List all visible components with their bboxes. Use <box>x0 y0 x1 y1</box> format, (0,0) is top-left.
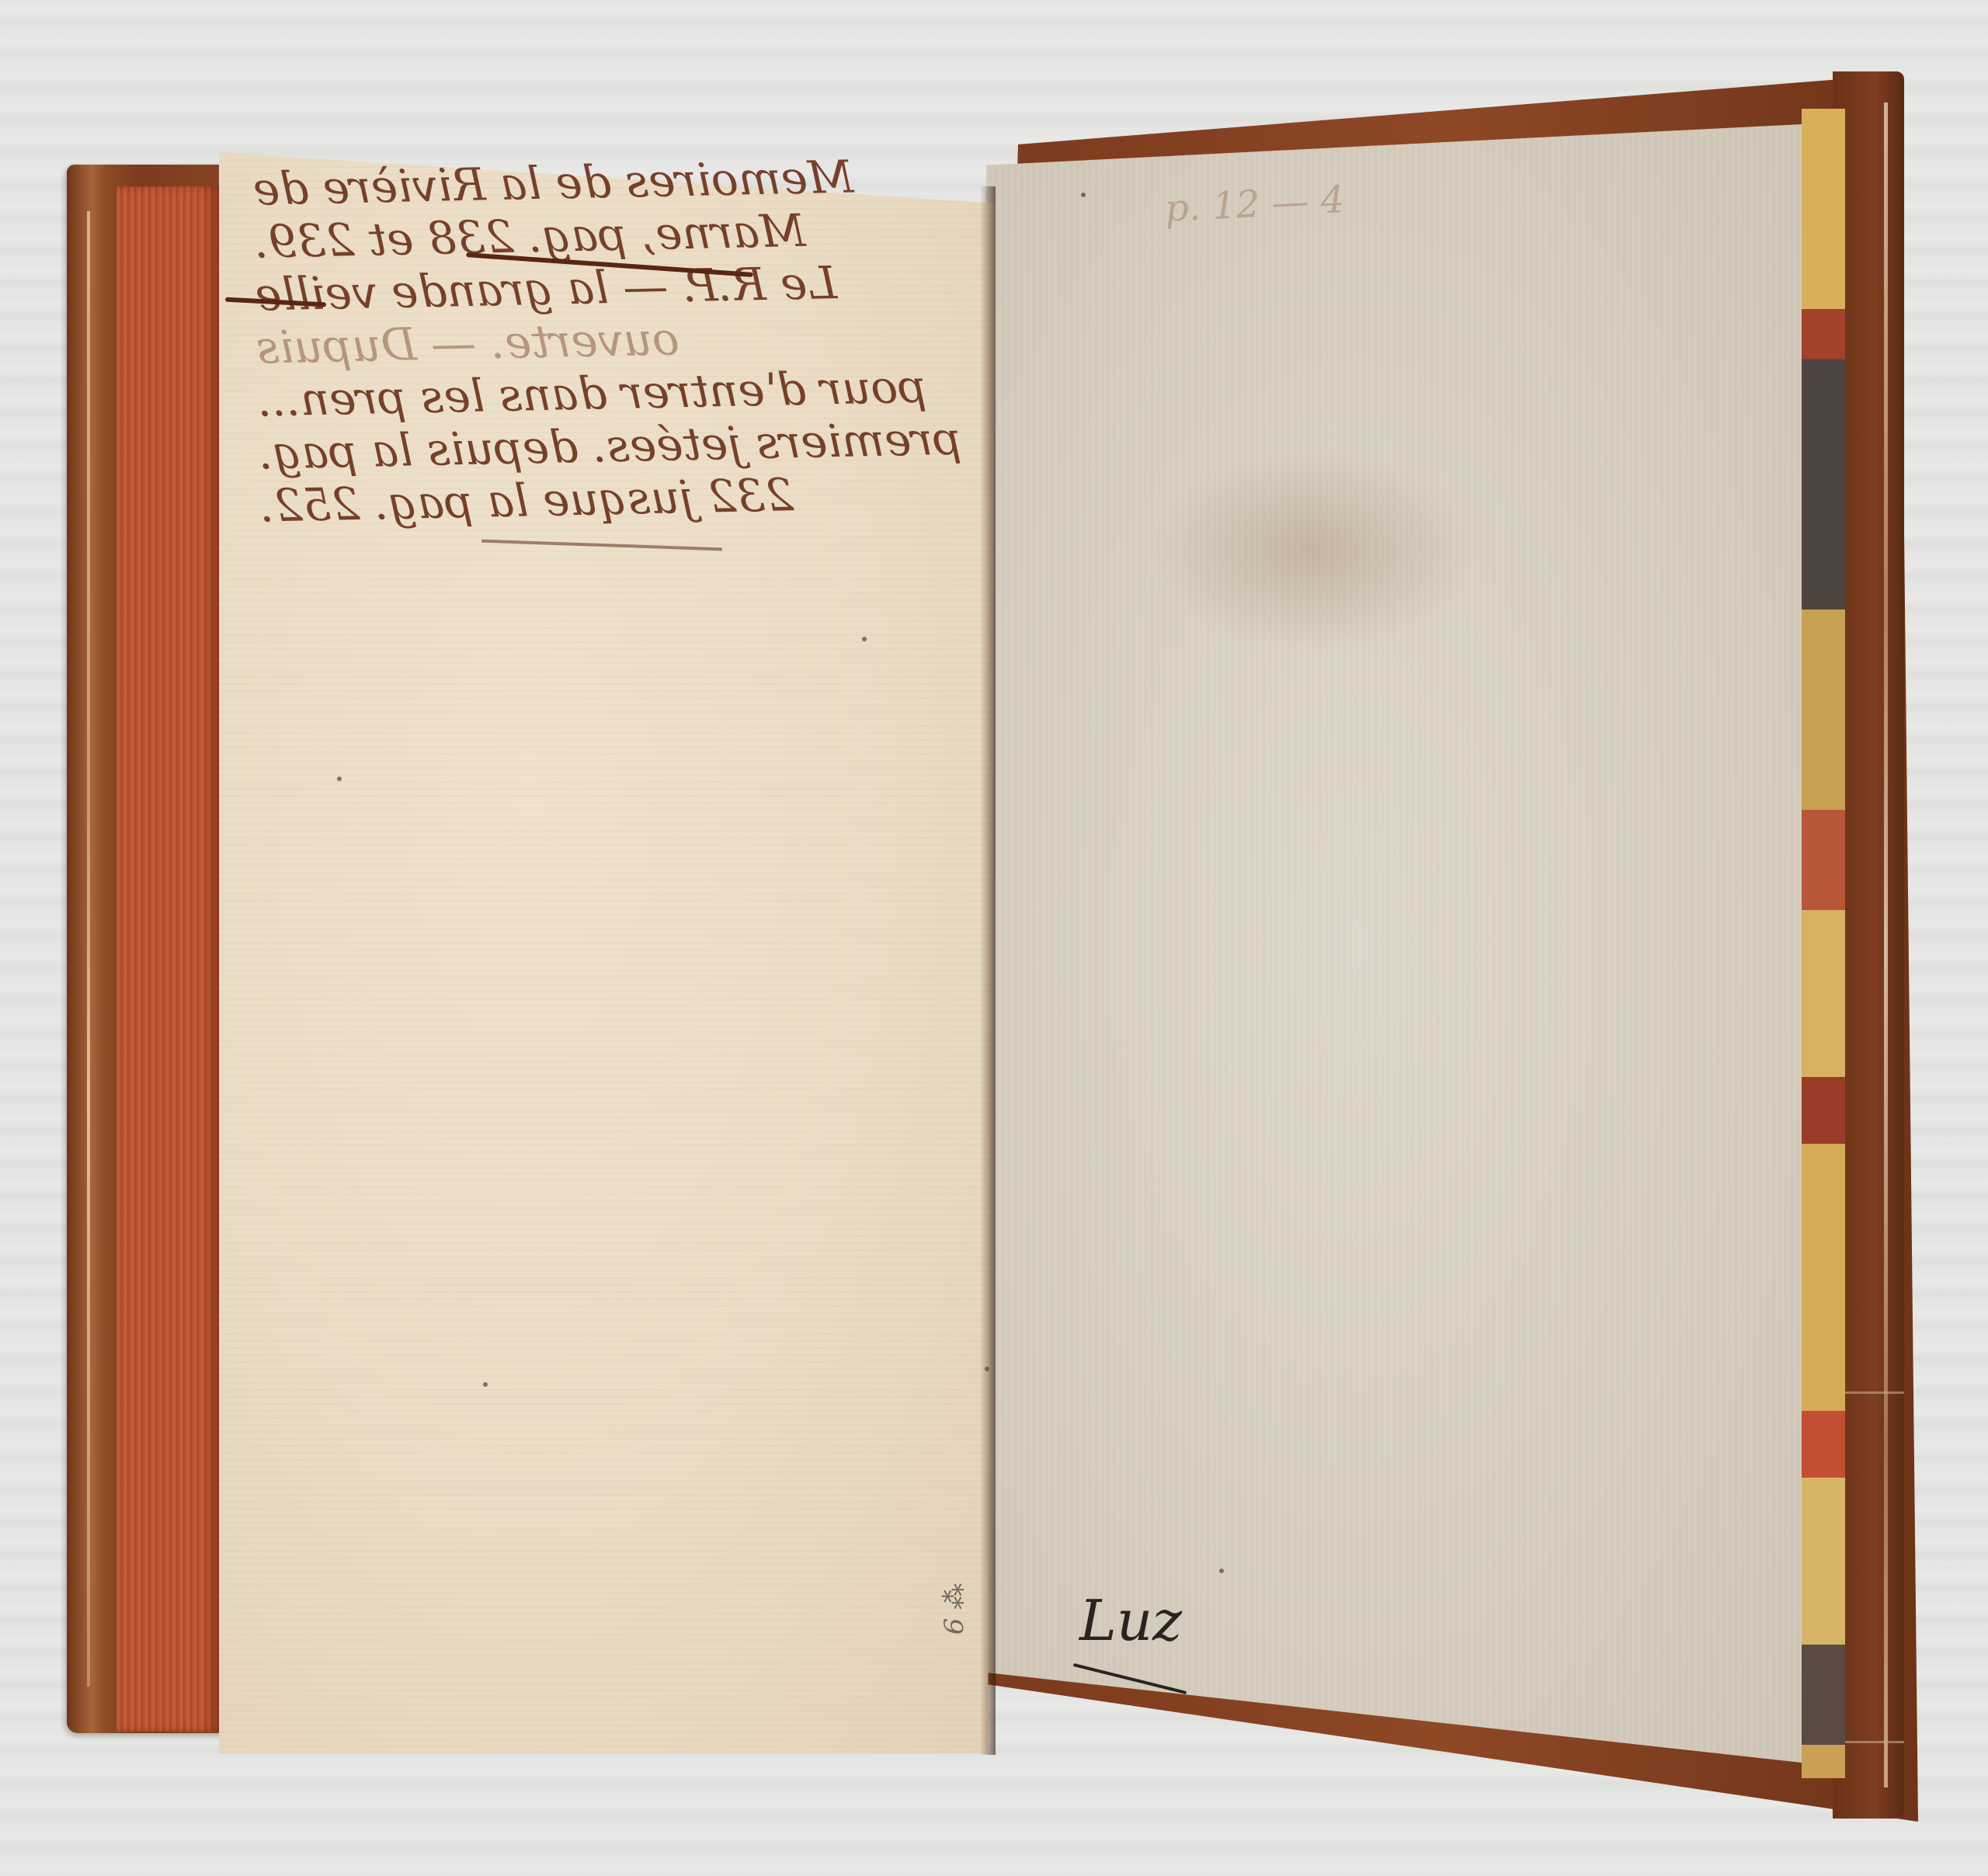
marbled-endpaper-strip <box>1802 109 1845 1778</box>
pencil-mark: 6 ⁂ <box>939 1583 970 1635</box>
handwritten-note: Memoires de la Rivière de Marne, pag. 23… <box>252 148 975 532</box>
ink-fleck <box>1081 193 1086 197</box>
right-pastedown-page <box>986 124 1802 1763</box>
book-photo: p. 12 — 4 Luz Memoires de la Rivière de … <box>0 0 1988 1876</box>
ink-fleck <box>985 1367 989 1371</box>
ownership-signature: Luz <box>1079 1588 1182 1653</box>
ink-fleck <box>862 637 867 641</box>
foxing-stain <box>1149 450 1475 652</box>
ink-fleck <box>483 1382 488 1387</box>
ink-fleck <box>337 776 342 781</box>
book-gutter <box>980 186 996 1755</box>
ink-fleck <box>1219 1569 1224 1573</box>
gilt-edge-line <box>1884 102 1888 1787</box>
gilt-edge-line <box>87 211 90 1687</box>
